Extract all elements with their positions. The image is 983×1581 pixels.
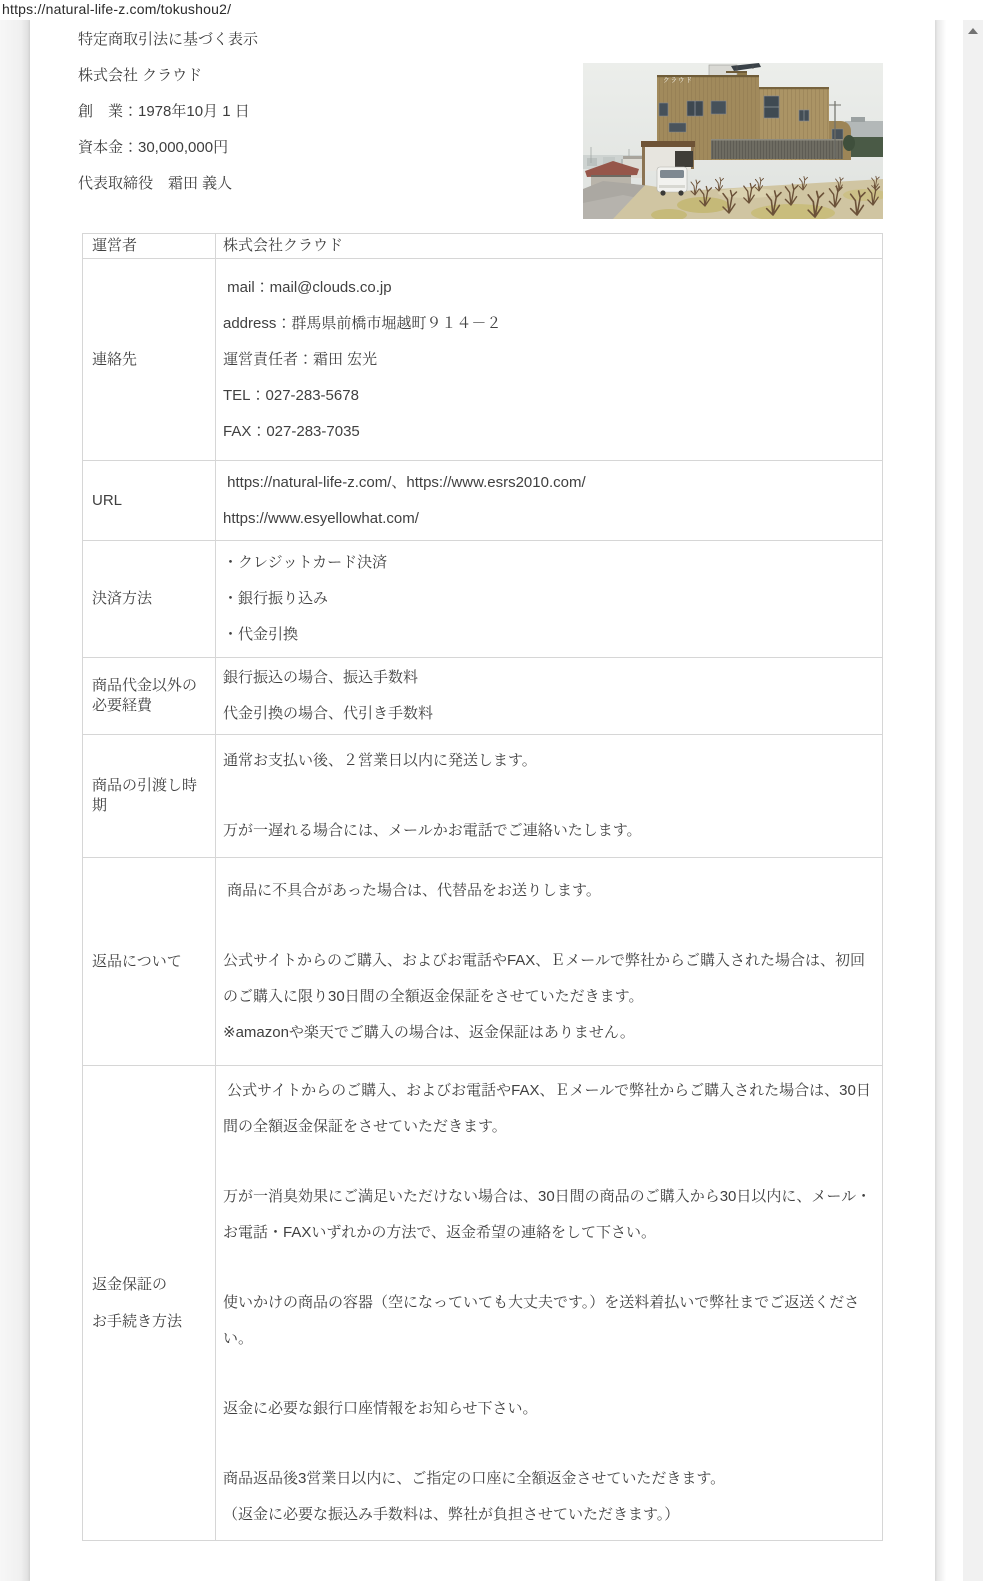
cell-line: FAX：027-283-7035 bbox=[223, 414, 874, 450]
cell-line: 公式サイトからのご購入、およびお電話やFAX、Ｅメールで弊社からご購入された場合… bbox=[223, 1073, 874, 1145]
table-row: 決済方法 ・クレジットカード決済 ・銀行振り込み ・代金引換 bbox=[83, 541, 883, 658]
row-label: 商品代金以外の 必要経費 bbox=[83, 658, 216, 735]
row-content: 公式サイトからのご購入、およびお電話やFAX、Ｅメールで弊社からご購入された場合… bbox=[216, 1066, 883, 1541]
print-header-band: https://natural-life-z.com/tokushou2/ bbox=[0, 0, 983, 20]
scroll-up-icon[interactable] bbox=[968, 28, 978, 34]
tokushoho-table: 運営者 株式会社クラウド 連絡先 mail：mail@clouds.co.jp … bbox=[82, 233, 883, 1541]
cell-line: address：群馬県前橋市堀越町９１４－２ bbox=[223, 306, 874, 342]
cell-line: 公式サイトからのご購入、およびお電話やFAX、Ｅメールで弊社からご購入された場合… bbox=[223, 943, 874, 1015]
left-margin-strip bbox=[0, 20, 30, 1581]
cell-line: https://www.esyellowhat.com/ bbox=[223, 501, 874, 537]
table-row: 商品代金以外の 必要経費 銀行振込の場合、振込手数料 代金引換の場合、代引き手数… bbox=[83, 658, 883, 735]
table-row: 連絡先 mail：mail@clouds.co.jp address：群馬県前橋… bbox=[83, 259, 883, 461]
page-title: 特定商取引法に基づく表示 bbox=[78, 22, 258, 58]
table-row: 運営者 株式会社クラウド bbox=[83, 234, 883, 259]
row-label: 運営者 bbox=[83, 234, 216, 259]
company-info-block: 特定商取引法に基づく表示 株式会社 クラウド 創 業：1978年10月 1 日 … bbox=[78, 22, 258, 202]
cell-line: 運営責任者：霜田 宏光 bbox=[223, 342, 874, 378]
row-label: 商品の引渡し時期 bbox=[83, 735, 216, 858]
cell-line: （返金に必要な振込み手数料は、弊社が負担させていただきます。） bbox=[223, 1497, 874, 1533]
cell-line: 商品返品後3営業日以内に、ご指定の口座に全額返金させていただきます。 bbox=[223, 1461, 874, 1497]
cell-line: 使いかけの商品の容器（空になっていても大丈夫です。）を送料着払いで弊社までご返送… bbox=[223, 1285, 874, 1357]
row-label: URL bbox=[83, 461, 216, 541]
row-content: ・クレジットカード決済 ・銀行振り込み ・代金引換 bbox=[216, 541, 883, 658]
cell-line: mail：mail@clouds.co.jp bbox=[223, 270, 874, 306]
cell-line: 代金引換の場合、代引き手数料 bbox=[223, 696, 874, 732]
row-content: 銀行振込の場合、振込手数料 代金引換の場合、代引き手数料 bbox=[216, 658, 883, 735]
right-margin-strip bbox=[935, 20, 963, 1581]
row-content: 通常お支払い後、２営業日以内に発送します。 万が一遅れる場合には、メールかお電話… bbox=[216, 735, 883, 858]
building-sign-text: クラウド bbox=[663, 76, 693, 84]
company-ceo: 代表取締役 霜田 義人 bbox=[78, 166, 258, 202]
cell-line: 商品に不具合があった場合は、代替品をお送りします。 bbox=[223, 873, 874, 909]
table-row: 商品の引渡し時期 通常お支払い後、２営業日以内に発送します。 万が一遅れる場合に… bbox=[83, 735, 883, 858]
cell-line: ・銀行振り込み bbox=[223, 581, 874, 617]
cell-line: ・クレジットカード決済 bbox=[223, 545, 874, 581]
row-content: 株式会社クラウド bbox=[216, 234, 883, 259]
table-row: 返品について 商品に不具合があった場合は、代替品をお送りします。 公式サイトから… bbox=[83, 858, 883, 1066]
row-label: 返品について bbox=[83, 858, 216, 1066]
company-building-photo: クラウド bbox=[583, 63, 883, 219]
cell-line: 万が一遅れる場合には、メールかお電話でご連絡いたします。 bbox=[223, 813, 874, 849]
row-label: 決済方法 bbox=[83, 541, 216, 658]
company-founded: 創 業：1978年10月 1 日 bbox=[78, 94, 258, 130]
row-content: 商品に不具合があった場合は、代替品をお送りします。 公式サイトからのご購入、およ… bbox=[216, 858, 883, 1066]
cell-line: 通常お支払い後、２営業日以内に発送します。 bbox=[223, 743, 874, 779]
row-content: mail：mail@clouds.co.jp address：群馬県前橋市堀越町… bbox=[216, 259, 883, 461]
photo-van bbox=[657, 167, 687, 196]
table-row: 返金保証の お手続き方法 公式サイトからのご購入、およびお電話やFAX、Ｅメール… bbox=[83, 1066, 883, 1541]
cell-line: 銀行振込の場合、振込手数料 bbox=[223, 660, 874, 696]
cell-line: 株式会社クラウド bbox=[223, 236, 874, 256]
cell-line: 返金に必要な銀行口座情報をお知らせ下さい。 bbox=[223, 1391, 874, 1427]
cell-line: 万が一消臭効果にご満足いただけない場合は、30日間の商品のご購入から30日以内に… bbox=[223, 1179, 874, 1251]
company-name: 株式会社 クラウド bbox=[78, 58, 258, 94]
row-label: 連絡先 bbox=[83, 259, 216, 461]
page-url-header: https://natural-life-z.com/tokushou2/ bbox=[2, 1, 231, 17]
company-capital: 資本金：30,000,000円 bbox=[78, 130, 258, 166]
cell-line: ・代金引換 bbox=[223, 617, 874, 653]
table-row: URL https://natural-life-z.com/、https://… bbox=[83, 461, 883, 541]
content-card: 特定商取引法に基づく表示 株式会社 クラウド 創 業：1978年10月 1 日 … bbox=[30, 20, 935, 1581]
cell-line: ※amazonや楽天でご購入の場合は、返金保証はありません。 bbox=[223, 1015, 874, 1051]
tokushoho-page: { "page": { "url_header": "https://natur… bbox=[0, 0, 983, 1581]
vertical-scrollbar[interactable] bbox=[963, 20, 983, 1581]
row-content: https://natural-life-z.com/、https://www.… bbox=[216, 461, 883, 541]
cell-line: https://natural-life-z.com/、https://www.… bbox=[223, 465, 874, 501]
cell-line: TEL：027-283-5678 bbox=[223, 378, 874, 414]
row-label: 返金保証の お手続き方法 bbox=[83, 1066, 216, 1541]
